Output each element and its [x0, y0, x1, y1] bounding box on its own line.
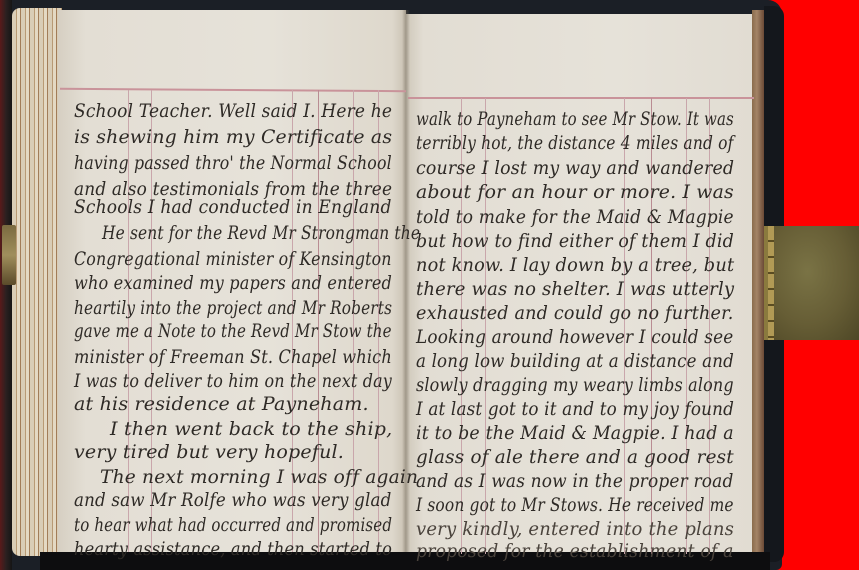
text-line: gave me a Note to the Revd Mr Stow the: [74, 320, 392, 342]
text-line: I at last got to it and to my joy found: [416, 398, 734, 420]
text-line: having passed thro' the Normal School: [74, 152, 392, 174]
text-line: very tired but very hopeful.: [74, 441, 344, 463]
text-line: heartily into the project and Mr Roberts: [74, 297, 392, 319]
text-line: about for an hour or more. I was: [416, 181, 734, 203]
right-page-fore-edge: [752, 10, 764, 554]
cover-spine-edge: [0, 0, 12, 570]
text-line: there was no shelter. I was utterly: [416, 278, 734, 300]
right-header-rule: [408, 97, 754, 99]
text-line: it to be the Maid & Magpie. I had a: [416, 422, 734, 444]
text-line: but how to find either of them I did: [416, 230, 734, 252]
text-line: glass of ale there and a good rest: [416, 446, 734, 468]
text-line: He sent for the Revd Mr Strongman the: [102, 222, 420, 244]
text-line: Looking around however I could see: [416, 326, 733, 348]
text-line: and saw Mr Rolfe who was very glad: [74, 489, 391, 511]
brass-clasp[interactable]: [764, 226, 859, 340]
clasp-hinge: [768, 226, 774, 340]
text-line: I then went back to the ship,: [110, 418, 392, 440]
text-line: is shewing him my Certificate as: [74, 126, 392, 148]
text-line: Schools I had conducted in England: [74, 196, 392, 218]
text-line: minister of Freeman St. Chapel which: [74, 346, 392, 368]
text-line: exhausted and could go no further.: [416, 302, 734, 324]
text-line: Congregational minister of Kensington: [74, 248, 392, 270]
text-line: told to make for the Maid & Magpie: [416, 206, 734, 228]
text-line: slowly dragging my weary limbs along: [416, 374, 734, 396]
clasp-catch: [2, 225, 16, 285]
text-line: terribly hot, the distance 4 miles and o…: [416, 132, 734, 154]
text-line: I soon got to Mr Stows. He received me: [416, 494, 734, 516]
text-line: to hear what had occurred and promised: [74, 514, 392, 536]
text-line: I was to deliver to him on the next day: [74, 370, 392, 392]
page-stack-edge: [12, 8, 62, 556]
text-line: a long low building at a distance and: [416, 350, 734, 372]
text-line: walk to Payneham to see Mr Stow. It was: [416, 108, 734, 130]
text-line: School Teacher. Well said I. Here he: [74, 100, 392, 122]
text-line: proposed for the establishment of a: [416, 540, 734, 562]
text-line: at his residence at Payneham.: [74, 393, 369, 415]
text-line: and as I was now in the proper road: [416, 470, 733, 492]
text-line: not know. I lay down by a tree, but: [416, 254, 734, 276]
text-line: hearty assistance, and then started to: [74, 538, 392, 560]
text-line: The next morning I was off again: [100, 466, 418, 488]
text-line: very kindly, entered into the plans: [416, 518, 734, 540]
text-line: course I lost my way and wandered: [416, 157, 734, 179]
text-line: who examined my papers and entered: [74, 272, 392, 294]
